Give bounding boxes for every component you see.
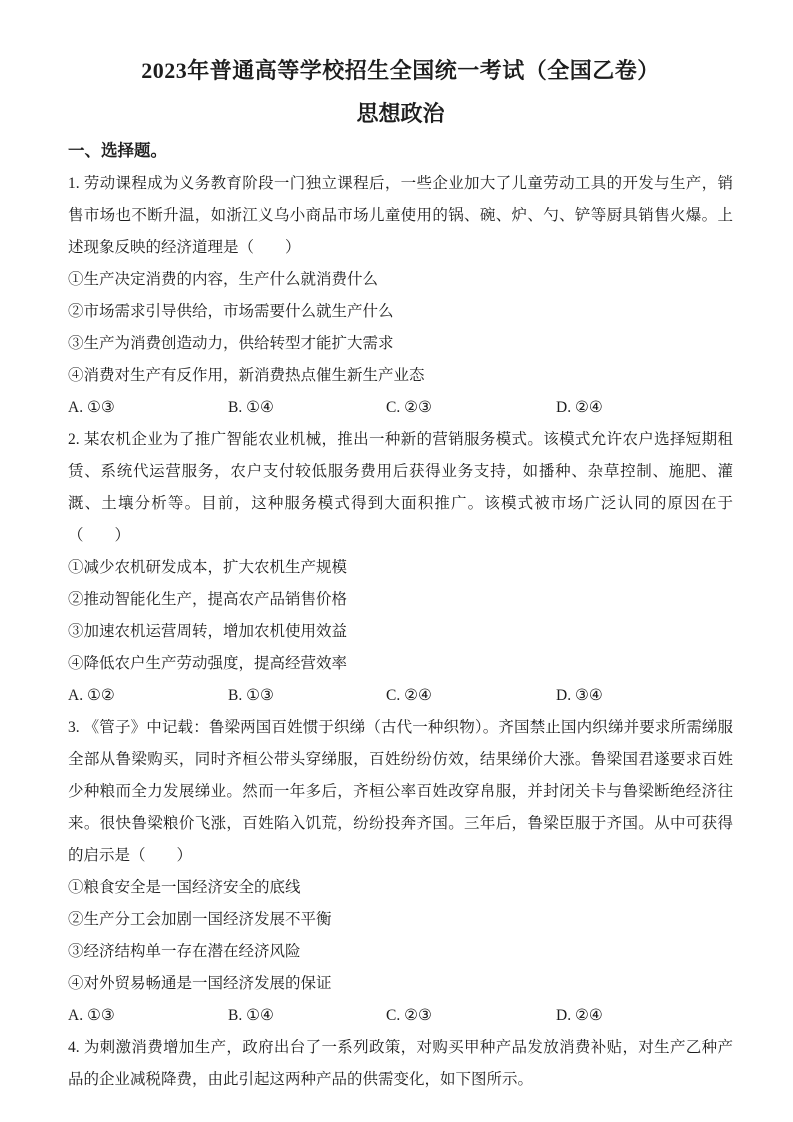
question-4-stem: 4. 为刺激消费增加生产，政府出台了一系列政策，对购买甲种产品发放消费补贴，对生… bbox=[68, 1032, 733, 1096]
question-3-item-3: ③经济结构单一存在潜在经济风险 bbox=[68, 936, 733, 968]
question-2: 2. 某农机企业为了推广智能农业机械，推出一种新的营销服务模式。该模式允许农户选… bbox=[68, 424, 733, 712]
question-2-item-3: ③加速农机运营周转，增加农机使用效益 bbox=[68, 616, 733, 648]
section-heading: 一、选择题。 bbox=[68, 136, 733, 166]
question-1-item-1: ①生产决定消费的内容，生产什么就消费什么 bbox=[68, 264, 733, 296]
question-1-option-d: D. ②④ bbox=[556, 392, 733, 424]
question-2-item-2: ②推动智能化生产，提高农产品销售价格 bbox=[68, 584, 733, 616]
exam-page: 2023年普通高等学校招生全国统一考试（全国乙卷） 思想政治 一、选择题。 1.… bbox=[0, 0, 793, 1122]
exam-subject: 思想政治 bbox=[68, 99, 733, 129]
question-2-item-4: ④降低农户生产劳动强度，提高经营效率 bbox=[68, 648, 733, 680]
question-3-item-4: ④对外贸易畅通是一国经济发展的保证 bbox=[68, 968, 733, 1000]
question-1-option-c: C. ②③ bbox=[386, 392, 556, 424]
question-2-option-d: D. ③④ bbox=[556, 680, 733, 712]
question-1-stem: 1. 劳动课程成为义务教育阶段一门独立课程后，一些企业加大了儿童劳动工具的开发与… bbox=[68, 168, 733, 264]
question-1-options-row: A. ①③ B. ①④ C. ②③ D. ②④ bbox=[68, 392, 733, 424]
question-2-stem: 2. 某农机企业为了推广智能农业机械，推出一种新的营销服务模式。该模式允许农户选… bbox=[68, 424, 733, 552]
question-3-item-2: ②生产分工会加剧一国经济发展不平衡 bbox=[68, 904, 733, 936]
question-2-option-c: C. ②④ bbox=[386, 680, 556, 712]
question-3-option-b: B. ①④ bbox=[228, 1000, 386, 1032]
question-1-item-2: ②市场需求引导供给，市场需要什么就生产什么 bbox=[68, 296, 733, 328]
question-2-option-a: A. ①② bbox=[68, 680, 228, 712]
question-1-item-4: ④消费对生产有反作用，新消费热点催生新生产业态 bbox=[68, 360, 733, 392]
question-3: 3. 《管子》中记载：鲁梁两国百姓惯于织绨（古代一种织物）。齐国禁止国内织绨并要… bbox=[68, 712, 733, 1032]
question-1-option-a: A. ①③ bbox=[68, 392, 228, 424]
question-2-item-1: ①减少农机研发成本，扩大农机生产规模 bbox=[68, 552, 733, 584]
question-3-option-c: C. ②③ bbox=[386, 1000, 556, 1032]
question-3-option-d: D. ②④ bbox=[556, 1000, 733, 1032]
question-3-item-1: ①粮食安全是一国经济安全的底线 bbox=[68, 872, 733, 904]
question-1-item-3: ③生产为消费创造动力，供给转型才能扩大需求 bbox=[68, 328, 733, 360]
question-2-options-row: A. ①② B. ①③ C. ②④ D. ③④ bbox=[68, 680, 733, 712]
question-1: 1. 劳动课程成为义务教育阶段一门独立课程后，一些企业加大了儿童劳动工具的开发与… bbox=[68, 168, 733, 424]
question-3-stem: 3. 《管子》中记载：鲁梁两国百姓惯于织绨（古代一种织物）。齐国禁止国内织绨并要… bbox=[68, 712, 733, 872]
exam-title: 2023年普通高等学校招生全国统一考试（全国乙卷） bbox=[68, 56, 733, 86]
question-3-option-a: A. ①③ bbox=[68, 1000, 228, 1032]
question-1-option-b: B. ①④ bbox=[228, 392, 386, 424]
question-2-option-b: B. ①③ bbox=[228, 680, 386, 712]
question-3-options-row: A. ①③ B. ①④ C. ②③ D. ②④ bbox=[68, 1000, 733, 1032]
question-4: 4. 为刺激消费增加生产，政府出台了一系列政策，对购买甲种产品发放消费补贴，对生… bbox=[68, 1032, 733, 1096]
